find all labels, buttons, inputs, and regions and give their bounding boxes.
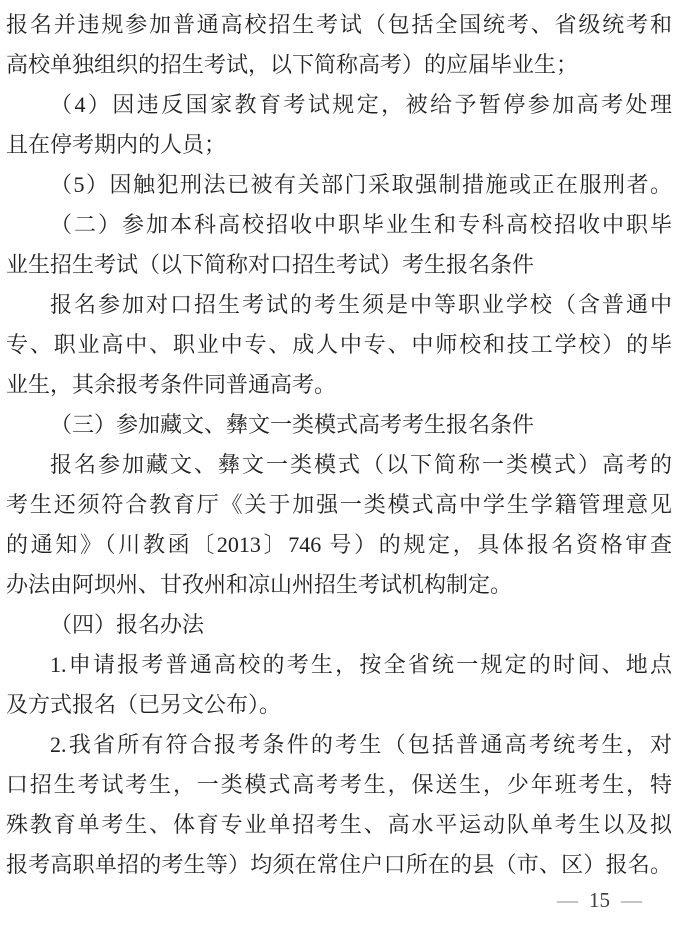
document-page: 报名并违规参加普通高校招生考试（包括全国统考、省级统考和高校单独组织的招生考试，… bbox=[0, 0, 680, 927]
text-line: （四）报名办法 bbox=[6, 605, 672, 645]
text-line: 2.我省所有符合报考条件的考生（包括普通高考统考生，对 bbox=[6, 725, 672, 765]
footer-left-dash: — bbox=[557, 884, 578, 916]
text-line: （5）因触犯刑法已被有关部门采取强制措施或正在服刑者。 bbox=[6, 165, 672, 205]
text-line: 业生招生考试（以下简称对口招生考试）考生报名条件 bbox=[6, 245, 672, 285]
text-line: （二）参加本科高校招收中职毕业生和专科高校招收中职毕 bbox=[6, 205, 672, 245]
text-line: 1.申请报考普通高校的考生，按全省统一规定的时间、地点 bbox=[6, 645, 672, 685]
text-line: 口招生考试考生，一类模式高考考生，保送生，少年班考生，特 bbox=[6, 765, 672, 805]
text-line: 报名参加藏文、彝文一类模式（以下简称一类模式）高考的 bbox=[6, 445, 672, 485]
text-line: 殊教育单考生、体育专业单招考生、高水平运动队单考生以及拟 bbox=[6, 805, 672, 845]
text-line: （4）因违反国家教育考试规定，被给予暂停参加高考处理 bbox=[6, 85, 672, 125]
document-body: 报名并违规参加普通高校招生考试（包括全国统考、省级统考和高校单独组织的招生考试，… bbox=[6, 5, 672, 885]
text-line: 办法由阿坝州、甘孜州和凉山州招生考试机构制定。 bbox=[6, 565, 672, 605]
page-number: 15 bbox=[589, 884, 610, 916]
page-footer: — 15 — bbox=[557, 884, 642, 916]
text-line: 报名参加对口招生考试的考生须是中等职业学校（含普通中 bbox=[6, 285, 672, 325]
text-line: 考生还须符合教育厅《关于加强一类模式高中学生学籍管理意见 bbox=[6, 485, 672, 525]
text-line: 且在停考期内的人员； bbox=[6, 125, 672, 165]
text-line: （三）参加藏文、彝文一类模式高考考生报名条件 bbox=[6, 405, 672, 445]
text-line: 报考高职单招的考生等）均须在常住户口所在的县（市、区）报名。 bbox=[6, 845, 672, 885]
text-line: 业生，其余报考条件同普通高考。 bbox=[6, 365, 672, 405]
footer-right-dash: — bbox=[621, 884, 642, 916]
text-line: 报名并违规参加普通高校招生考试（包括全国统考、省级统考和 bbox=[6, 5, 672, 45]
text-line: 高校单独组织的招生考试，以下简称高考）的应届毕业生； bbox=[6, 45, 672, 85]
text-line: 及方式报名（已另文公布）。 bbox=[6, 685, 672, 725]
text-line: 的通知》（川教函〔2013〕746 号）的规定，具体报名资格审查 bbox=[6, 525, 672, 565]
text-line: 专、职业高中、职业中专、成人中专、中师校和技工学校）的毕 bbox=[6, 325, 672, 365]
